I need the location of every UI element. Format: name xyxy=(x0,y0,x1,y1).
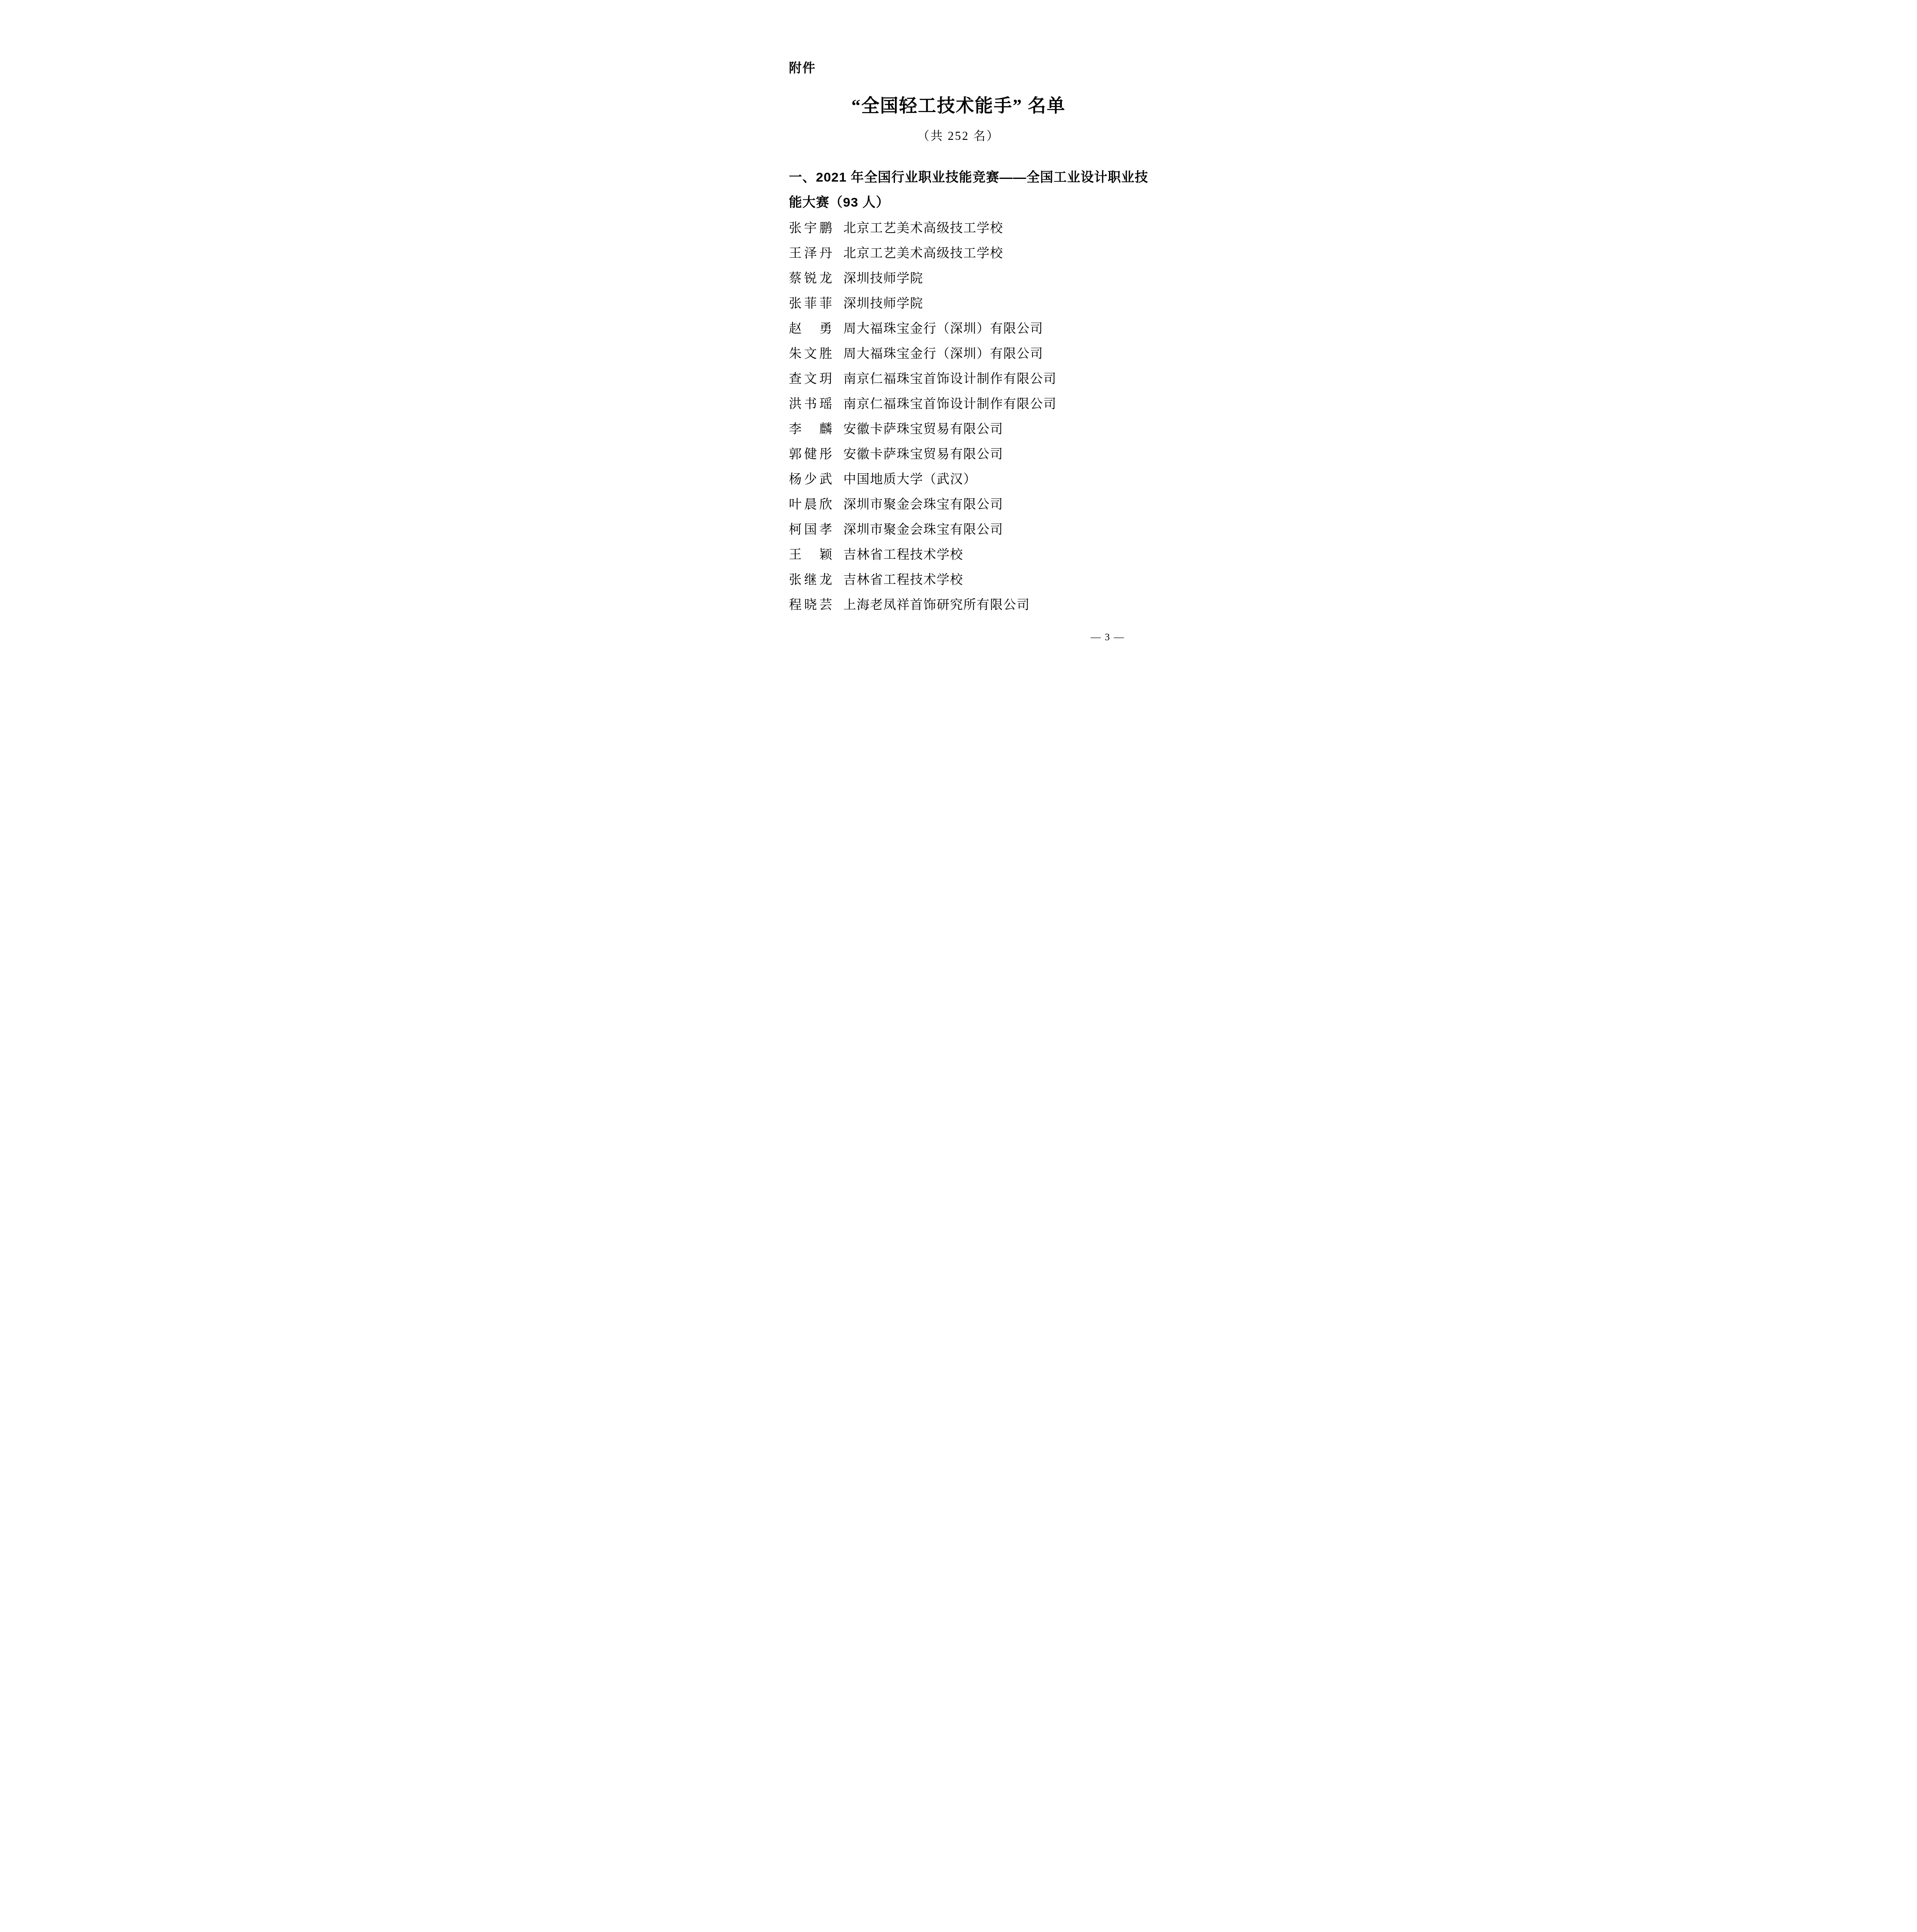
winner-row: 张菲菲 深圳技师学院 xyxy=(789,290,1148,315)
winner-organization: 吉林省工程技术学校 xyxy=(844,570,964,588)
winner-name: 查文玥 xyxy=(789,369,832,387)
section-heading-line-1: 一、2021 年全国行业职业技能竞赛——全国工业设计职业技 xyxy=(789,165,1131,190)
winner-row: 蔡锐龙 深圳技师学院 xyxy=(789,265,1148,290)
winner-list: 张宇鹏 北京工艺美术高级技工学校 王泽丹 北京工艺美术高级技工学校 蔡锐龙 深圳… xyxy=(789,214,1148,616)
winner-name: 郭健彤 xyxy=(789,444,832,462)
winner-name: 蔡锐龙 xyxy=(789,268,832,286)
winner-row: 柯国孝 深圳市聚金会珠宝有限公司 xyxy=(789,516,1148,541)
winner-name: 赵勇 xyxy=(789,318,832,337)
winner-row: 杨少武 中国地质大学（武汉） xyxy=(789,466,1148,491)
winner-row: 查文玥 南京仁福珠宝首饰设计制作有限公司 xyxy=(789,365,1148,390)
winner-row: 郭健彤 安徽卡萨珠宝贸易有限公司 xyxy=(789,440,1148,466)
winner-organization: 中国地质大学（武汉） xyxy=(844,469,977,487)
winner-name: 柯国孝 xyxy=(789,519,832,537)
winner-organization: 深圳技师学院 xyxy=(844,268,924,286)
winner-row: 洪书瑶 南京仁福珠宝首饰设计制作有限公司 xyxy=(789,390,1148,415)
winner-name: 张宇鹏 xyxy=(789,218,832,236)
section-heading: 一、2021 年全国行业职业技能竞赛——全国工业设计职业技 能大赛（93 人） xyxy=(789,165,1131,215)
winner-organization: 深圳市聚金会珠宝有限公司 xyxy=(844,494,1004,512)
winner-row: 朱文胜 周大福珠宝金行（深圳）有限公司 xyxy=(789,340,1148,365)
winner-organization: 北京工艺美术高级技工学校 xyxy=(844,243,1004,261)
winner-name: 洪书瑶 xyxy=(789,394,832,412)
winner-organization: 南京仁福珠宝首饰设计制作有限公司 xyxy=(844,394,1057,412)
section-heading-line-2: 能大赛（93 人） xyxy=(789,190,1131,215)
winner-organization: 安徽卡萨珠宝贸易有限公司 xyxy=(844,444,1004,462)
winner-row: 张继龙 吉林省工程技术学校 xyxy=(789,566,1148,591)
document-subtitle: （共 252 名） xyxy=(719,126,1198,143)
winner-name: 李麟 xyxy=(789,419,832,437)
winner-name: 王颖 xyxy=(789,544,832,563)
winner-organization: 深圳技师学院 xyxy=(844,293,924,311)
winner-name: 朱文胜 xyxy=(789,344,832,362)
winner-organization: 周大福珠宝金行（深圳）有限公司 xyxy=(844,344,1044,362)
winner-name: 杨少武 xyxy=(789,469,832,487)
winner-name: 王泽丹 xyxy=(789,243,832,261)
winner-organization: 安徽卡萨珠宝贸易有限公司 xyxy=(844,419,1004,437)
winner-name: 张继龙 xyxy=(789,570,832,588)
document-page: 附件 “全国轻工技术能手” 名单 （共 252 名） 一、2021 年全国行业职… xyxy=(719,0,1198,678)
winner-organization: 北京工艺美术高级技工学校 xyxy=(844,218,1004,236)
winner-organization: 周大福珠宝金行（深圳）有限公司 xyxy=(844,318,1044,337)
attachment-label: 附件 xyxy=(789,58,816,76)
winner-row: 叶晨欣 深圳市聚金会珠宝有限公司 xyxy=(789,491,1148,516)
winner-name: 叶晨欣 xyxy=(789,494,832,512)
winner-organization: 上海老凤祥首饰研究所有限公司 xyxy=(844,595,1030,613)
winner-organization: 深圳市聚金会珠宝有限公司 xyxy=(844,519,1004,537)
page-number: — 3 — xyxy=(1091,631,1125,643)
document-title: “全国轻工技术能手” 名单 xyxy=(719,91,1198,117)
winner-row: 王泽丹 北京工艺美术高级技工学校 xyxy=(789,240,1148,265)
winner-name: 程晓芸 xyxy=(789,595,832,613)
winner-row: 赵勇 周大福珠宝金行（深圳）有限公司 xyxy=(789,315,1148,340)
winner-organization: 吉林省工程技术学校 xyxy=(844,544,964,563)
winner-organization: 南京仁福珠宝首饰设计制作有限公司 xyxy=(844,369,1057,387)
winner-name: 张菲菲 xyxy=(789,293,832,311)
winner-row: 王颖 吉林省工程技术学校 xyxy=(789,541,1148,566)
winner-row: 程晓芸 上海老凤祥首饰研究所有限公司 xyxy=(789,591,1148,616)
winner-row: 张宇鹏 北京工艺美术高级技工学校 xyxy=(789,214,1148,240)
winner-row: 李麟 安徽卡萨珠宝贸易有限公司 xyxy=(789,415,1148,440)
